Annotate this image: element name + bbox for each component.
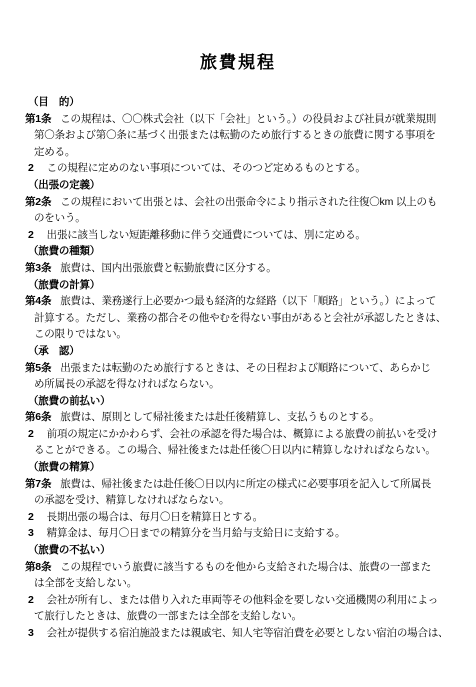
document-line: 第3条旅費は、国内出張旅費と転勤旅費に区分する。 [25, 260, 458, 277]
document-line: 第1条この規程は、〇〇株式会社（以下「会社」という。）の役員および社員が就業規則 [25, 111, 458, 128]
document-line: め所属長の承認を得なければならない。 [25, 376, 458, 393]
line-text: 長期出張の場合は、毎月〇日を精算日とする。 [47, 511, 263, 523]
line-number: 第5条 [25, 362, 51, 374]
line-number: 第3条 [25, 262, 51, 274]
line-text: 会社が所有し、または借り入れた車両等その他料金を要しない交通機関の利用によっ [47, 594, 438, 606]
document-line: 2この規程に定めのない事項については、そのつど定めるものとする。 [25, 160, 458, 177]
line-text: （旅費の種類） [28, 245, 100, 257]
line-number: 3 [25, 527, 34, 539]
line-text: この規程でいう旅費に該当するものを他から支給された場合は、旅費の一部また [60, 561, 431, 573]
line-text: ることができる。この場合、帰社後または赴任後〇日以内に精算しなければならない。 [34, 444, 436, 456]
line-text: （目 的） [28, 96, 80, 108]
document-line: 第8条この規程でいう旅費に該当するものを他から支給された場合は、旅費の一部また [25, 559, 458, 576]
line-text: 精算金は、毎月〇日までの精算分を当月給与支給日に支給する。 [47, 527, 346, 539]
line-text: 第〇条および第〇条に基づく出張または転勤のため旅行するときの旅費に関する事項を [34, 129, 436, 141]
line-number: 第1条 [25, 113, 51, 125]
document-line: （旅費の前払い） [25, 393, 458, 410]
document-line: 2長期出張の場合は、毎月〇日を精算日とする。 [25, 509, 458, 526]
document-line: 2会社が所有し、または借り入れた車両等その他料金を要しない交通機関の利用によっ [25, 592, 458, 609]
document-line: 第6条旅費は、原則として帰社後または赴任後精算し、支払うものとする。 [25, 409, 458, 426]
document-page: 旅費規程 （目 的） 第1条この規程は、〇〇株式会社（以下「会社」という。）の役… [0, 0, 476, 687]
document-line: （旅費の種類） [25, 243, 458, 260]
line-number: 2 [25, 594, 34, 606]
line-text: （出張の定義） [28, 179, 100, 191]
document-line: の承認を受け、精算しなければならない。 [25, 492, 458, 509]
document-line: 第4条旅費は、業務遂行上必要かつ最も経済的な経路（以下「順路」という。）によって [25, 293, 458, 310]
line-text: 旅費は、原則として帰社後または赴任後精算し、支払うものとする。 [60, 411, 379, 423]
document-line: 3会社が提供する宿泊施設または親戚宅、知人宅等宿泊費を必要としない宿泊の場合は、 [25, 625, 458, 642]
line-text: （承 認） [28, 345, 80, 357]
line-text: （旅費の不払い） [28, 544, 110, 556]
line-text: （旅費の精算） [28, 461, 100, 473]
line-text: 計算する。ただし、業務の都合その他やむを得ない事由があると会社が承認したときは、 [34, 312, 446, 324]
document-title: 旅費規程 [0, 48, 476, 73]
document-line: 定める。 [25, 144, 458, 161]
line-text: 出張または転勤のため旅行するときは、その日程および順路について、あらかじ [60, 362, 430, 374]
line-text: 旅費は、業務遂行上必要かつ最も経済的な経路（以下「順路」という。）によって [60, 295, 436, 307]
document-line: 第〇条および第〇条に基づく出張または転勤のため旅行するときの旅費に関する事項を [25, 127, 458, 144]
line-text: 旅費は、国内出張旅費と転勤旅費に区分する。 [60, 262, 276, 274]
document-line: （旅費の計算） [25, 277, 458, 294]
line-number: 2 [25, 229, 34, 241]
line-text: この規程に定めのない事項については、そのつど定めるものとする。 [47, 162, 366, 174]
line-number: 2 [25, 428, 34, 440]
document-line: （出張の定義） [25, 177, 458, 194]
line-text: 定める。 [34, 146, 75, 158]
document-line: （承 認） [25, 343, 458, 360]
line-number: 3 [25, 627, 34, 639]
line-number: 2 [25, 162, 34, 174]
document-line: （旅費の精算） [25, 459, 458, 476]
document-line: 第5条出張または転勤のため旅行するときは、その日程および順路について、あらかじ [25, 360, 458, 377]
line-text: （旅費の計算） [28, 279, 100, 291]
line-number: 第6条 [25, 411, 51, 423]
line-number: 第8条 [25, 561, 51, 573]
line-number: 第7条 [25, 478, 51, 490]
line-text: は全部を支給しない。 [34, 577, 137, 589]
line-number: 第2条 [25, 196, 51, 208]
document-line: 計算する。ただし、業務の都合その他やむを得ない事由があると会社が承認したときは、 [25, 310, 458, 327]
line-text: （旅費の前払い） [28, 395, 110, 407]
document-line: ることができる。この場合、帰社後または赴任後〇日以内に精算しなければならない。 [25, 442, 458, 459]
document-line: 2出張に該当しない短距離移動に伴う交通費については、別に定める。 [25, 227, 458, 244]
line-text: この規程は、〇〇株式会社（以下「会社」という。）の役員および社員が就業規則 [60, 113, 436, 125]
line-text: この規程において出張とは、会社の出張命令により指示された往復〇km 以上のも [60, 196, 437, 208]
document-line: のをいう。 [25, 210, 458, 227]
line-text: 出張に該当しない短距離移動に伴う交通費については、別に定める。 [47, 229, 366, 241]
line-number: 2 [25, 511, 34, 523]
document-line: は全部を支給しない。 [25, 575, 458, 592]
document-line: 第2条この規程において出張とは、会社の出張命令により指示された往復〇km 以上の… [25, 194, 458, 211]
document-line: この限りではない。 [25, 326, 458, 343]
document-line: 3精算金は、毎月〇日までの精算分を当月給与支給日に支給する。 [25, 525, 458, 542]
document-line: 2前項の規定にかかわらず、会社の承認を得た場合は、概算による旅費の前払いを受け [25, 426, 458, 443]
line-text: て旅行したときは、旅費の一部または全部を支給しない。 [34, 610, 302, 622]
line-text: 旅費は、帰社後または赴任後〇日以内に所定の様式に必要事項を記入して所属長 [60, 478, 431, 490]
document-body: （目 的） 第1条この規程は、〇〇株式会社（以下「会社」という。）の役員および社… [25, 94, 458, 642]
line-text: この限りではない。 [34, 328, 127, 340]
document-line: 第7条旅費は、帰社後または赴任後〇日以内に所定の様式に必要事項を記入して所属長 [25, 476, 458, 493]
line-text: 会社が提供する宿泊施設または親戚宅、知人宅等宿泊費を必要としない宿泊の場合は、 [47, 627, 449, 639]
line-text: め所属長の承認を得なければならない。 [34, 378, 219, 390]
document-line: （旅費の不払い） [25, 542, 458, 559]
document-line: （目 的） [25, 94, 458, 111]
line-number: 第4条 [25, 295, 51, 307]
document-line: て旅行したときは、旅費の一部または全部を支給しない。 [25, 608, 458, 625]
line-text: の承認を受け、精算しなければならない。 [34, 494, 229, 506]
line-text: 前項の規定にかかわらず、会社の承認を得た場合は、概算による旅費の前払いを受け [47, 428, 438, 440]
line-text: のをいう。 [34, 212, 86, 224]
